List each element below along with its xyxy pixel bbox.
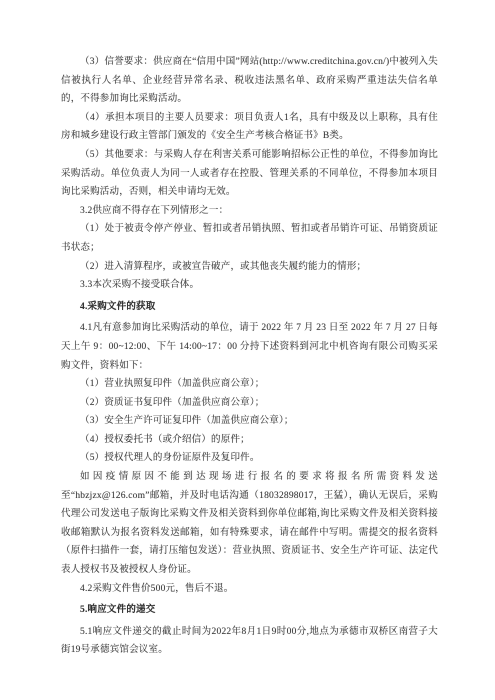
paragraph-clause-3-3: 3.3本次采购不接受联合体。 xyxy=(61,276,438,295)
paragraph-clause-5-1: 5.1响应文件递交的截止时间为2022年8月1日9时00分,地点为承德市双桥区南… xyxy=(61,623,438,660)
paragraph-material-item-5: （5）授权代理人的身份证原件及复印件。 xyxy=(61,449,438,468)
paragraph-other-requirement: （5）其他要求：与采购人存在利害关系可能影响招标公正性的单位，不得参加询比采购活… xyxy=(61,146,438,202)
paragraph-material-item-3: （3）安全生产许可证复印件（加盖供应商公章）； xyxy=(61,412,438,431)
section-heading-5: 5.响应文件的递交 xyxy=(61,601,438,620)
section-heading-4: 4.采购文件的获取 xyxy=(61,298,438,317)
paragraph-clause-3-2-item-2: （2）进入清算程序，或被宣告破产，或其他丧失履约能力的情形； xyxy=(61,258,438,277)
document-page: （3）信誉要求：供应商在“信用中国”网站(http://www.creditch… xyxy=(0,0,495,700)
paragraph-clause-4-1: 4.1凡有意参加询比采购活动的单位，请于 2022 年 7 月 23 日至 20… xyxy=(61,319,438,375)
paragraph-material-item-2: （2）资质证书复印件（加盖供应商公章）； xyxy=(61,394,438,413)
paragraph-material-item-1: （1）营业执照复印件（加盖供应商公章）； xyxy=(61,375,438,394)
paragraph-material-item-4: （4）授权委托书（或介绍信）的原件； xyxy=(61,431,438,450)
paragraph-clause-4-2: 4.2采购文件售价500元，售后不退。 xyxy=(61,580,438,599)
document-text-block: （3）信誉要求：供应商在“信用中国”网站(http://www.creditch… xyxy=(61,53,438,660)
paragraph-credit-requirement: （3）信誉要求：供应商在“信用中国”网站(http://www.creditch… xyxy=(61,53,438,109)
paragraph-remote-registration: 如因疫情原因不能到达现场进行报名的要求将报名所需资料发送至“hbzjzx@126… xyxy=(61,468,438,580)
paragraph-clause-3-2: 3.2供应商不得存在下列情形之一： xyxy=(61,202,438,221)
paragraph-personnel-requirement: （4）承担本项目的主要人员要求：项目负责人1名，具有中级及以上职称，具有住房和城… xyxy=(61,109,438,146)
paragraph-clause-3-2-item-1: （1）处于被责令停产停业、暂扣或者吊销执照、暂扣或者吊销许可证、吊销资质证书状态… xyxy=(61,220,438,257)
